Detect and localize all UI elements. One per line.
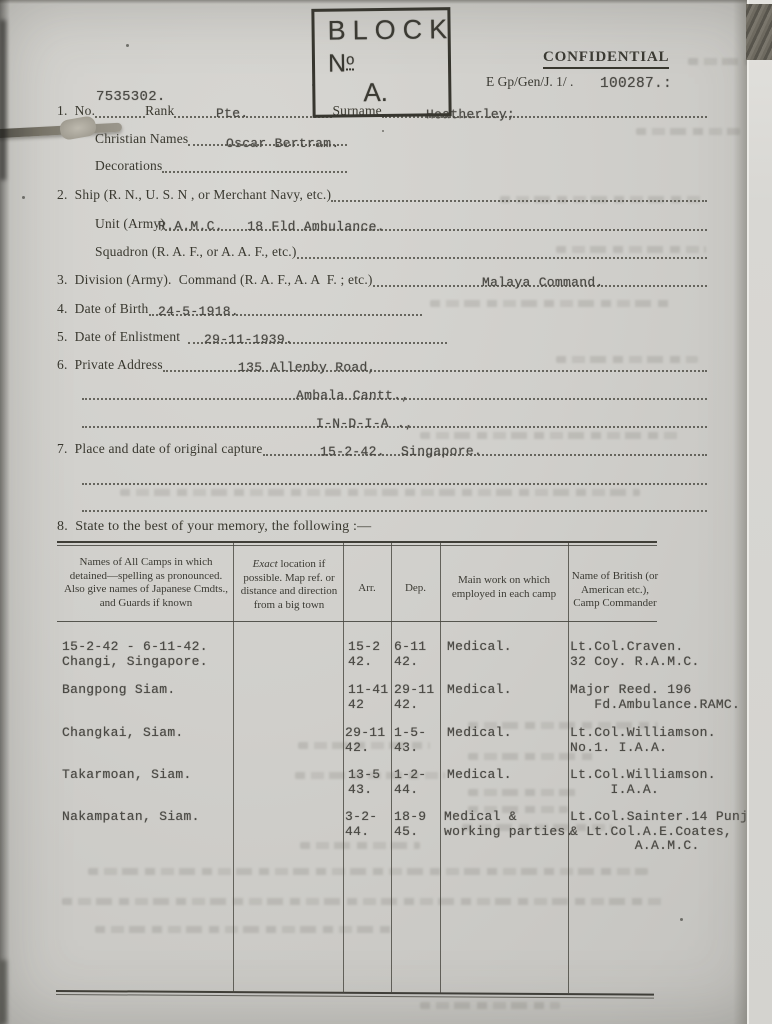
page-edge-shadow (733, 0, 749, 1024)
enlistment-value: 29-11-1939. (204, 332, 293, 347)
form-line-decorations: Decorations (95, 158, 347, 176)
reference-number: 100287.: (600, 76, 672, 92)
form-line-date-of-birth: 4. Date of Birth (57, 301, 422, 319)
top-edge-shadow (0, 0, 772, 4)
left-edge-dark-patch (0, 20, 6, 180)
date-of-birth-value: 24-5-1918. (158, 304, 239, 319)
dotted-leader (331, 200, 707, 202)
arrival-cell: 11-41 42 (348, 683, 389, 712)
bleed-through-artifact (300, 842, 420, 849)
commander-cell: Major Reed. 196 Fd.Ambulance.RAMC. (570, 683, 740, 712)
reference-prefix: E Gp/Gen/J. 1/ . (486, 74, 573, 90)
bleed-through-artifact (95, 926, 395, 933)
form-line-memory: 8. State to the best of your memory, the… (57, 519, 707, 537)
unit-value: R.A.M.C. 18 Fld Ambulance. (158, 219, 385, 235)
bleed-through-artifact (120, 489, 640, 496)
table-top-rule-2 (57, 545, 657, 546)
division-label: 3. Division (Army). Command (R. A. F., A… (57, 272, 373, 290)
form-line-blank-1 (82, 470, 707, 488)
binding-tape-corner (746, 4, 772, 60)
bleed-through-artifact (420, 1002, 560, 1009)
arrival-cell: 15-2 42. (348, 640, 380, 669)
table-column-divider (391, 543, 392, 993)
table-column-divider (440, 543, 441, 993)
enlistment-label: 5. Date of Enlistment (57, 329, 180, 347)
christian-names-value: Oscar Bertram. (226, 136, 339, 151)
camp-cell: Changkai, Siam. (62, 726, 184, 741)
table-column-divider (568, 543, 569, 993)
division-value: Malaya Command. (482, 275, 604, 290)
col-header-main-work: Main work on which employed in each camp (443, 574, 565, 601)
ship-label: 2. Ship (R. N., U. S. N , or Merchant Na… (57, 187, 331, 205)
classification-marking: CONFIDENTIAL (543, 49, 669, 69)
work-cell: Medical. (447, 683, 512, 698)
table-column-divider (343, 543, 344, 993)
col-header-commander: Name of British (or American etc.), Camp… (567, 570, 663, 611)
dotted-leader (95, 116, 145, 118)
decorations-label: Decorations (95, 158, 162, 176)
table-header-rule (57, 621, 657, 622)
form-line-blank-2 (82, 497, 707, 515)
date-of-birth-label: 4. Date of Birth (57, 301, 149, 319)
bleed-through-artifact (468, 789, 580, 796)
left-edge-shadow (0, 0, 10, 1024)
no-label: 1. No. (57, 103, 95, 121)
stamp-no-label: No (328, 49, 355, 78)
work-cell: Medical. (447, 640, 512, 655)
arrival-cell: 13-5 43. (348, 768, 380, 797)
arrival-cell: 29-11 42. (345, 726, 386, 755)
commander-cell: Lt.Col.Craven. 32 Coy. R.A.M.C. (570, 640, 700, 669)
work-cell: Medical & working parties. (444, 810, 574, 839)
capture-label: 7. Place and date of original capture (57, 441, 263, 459)
dotted-leader (82, 483, 707, 485)
commander-cell: Lt.Col.Williamson. I.A.A. (570, 768, 716, 797)
service-number-value: 7535302. (96, 89, 166, 105)
left-corner-dark-patch (0, 960, 7, 1024)
camp-cell: Nakampatan, Siam. (62, 810, 200, 825)
commander-cell: Lt.Col.Sainter.14 Punjab & Lt.Col.A.E.Co… (570, 810, 764, 854)
commander-cell: Lt.Col.Williamson. No.1. I.A.A. (570, 726, 716, 755)
bleed-through-artifact (636, 128, 740, 135)
rank-value: Pte. (216, 106, 248, 121)
address-line3-value: I-N-D-I-A ., (316, 416, 413, 431)
address-line2-value: Ambala Cantt., (296, 388, 409, 403)
departure-cell: 29-11 42. (394, 683, 435, 712)
departure-cell: 6-11 42. (394, 640, 426, 669)
dotted-leader (82, 510, 707, 512)
form-line-division: 3. Division (Army). Command (R. A. F., A… (57, 272, 707, 290)
col-header-departure: Dep. (393, 582, 438, 596)
paper-speck (126, 44, 129, 47)
arrival-cell: 3-2- 44. (345, 810, 377, 839)
col-header-camps: Names of All Camps in which detained—spe… (60, 556, 232, 610)
table-column-divider (233, 543, 234, 993)
address-line1-value: 135 Allenby Road, (238, 360, 376, 375)
form-line-private-address: 6. Private Address (57, 357, 707, 375)
unit-label: Unit (Army) (95, 216, 165, 234)
bleed-through-artifact (688, 58, 754, 65)
memory-label: 8. State to the best of your memory, the… (57, 519, 371, 537)
rank-label: Rank (145, 103, 174, 121)
capture-value: 15-2-42. Singapore. (320, 444, 482, 460)
col-header-arrival: Arr. (345, 582, 389, 596)
dotted-leader (297, 257, 707, 259)
camp-cell: Bangpong Siam. (62, 683, 175, 698)
squadron-label: Squadron (R. A. F., or A. A. F., etc.) (95, 244, 297, 262)
private-address-label: 6. Private Address (57, 357, 163, 375)
bleed-through-artifact (430, 300, 670, 307)
work-cell: Medical. (447, 726, 512, 741)
paper-speck (22, 196, 25, 199)
stamp-block-letter: A. (363, 77, 388, 108)
stamp-block-word: BLOCK (327, 14, 454, 47)
christian-names-label: Christian Names (95, 131, 188, 149)
block-number-stamp: BLOCK No A. (311, 7, 451, 118)
bleed-through-artifact (88, 868, 648, 875)
dotted-leader (174, 116, 332, 118)
col-header-location: Exact location if possible. Map ref. or … (237, 558, 341, 612)
scanned-pow-questionnaire-page: BLOCK No A. CONFIDENTIAL E Gp/Gen/J. 1/ … (0, 0, 772, 1024)
camp-cell: Takarmoan, Siam. (62, 768, 192, 783)
underlying-page-strip (747, 0, 772, 1024)
dotted-leader (162, 171, 347, 173)
departure-cell: 18-9 45. (394, 810, 426, 839)
departure-cell: 1-5- 43. (394, 726, 426, 755)
bleed-through-artifact (62, 898, 662, 905)
table-top-rule (57, 541, 657, 543)
paper-speck (680, 918, 683, 921)
departure-cell: 1-2- 44. (394, 768, 426, 797)
camp-cell: 15-2-42 - 6-11-42. Changi, Singapore. (62, 640, 208, 669)
paper-speck (382, 130, 384, 132)
form-line-ship: 2. Ship (R. N., U. S. N , or Merchant Na… (57, 187, 707, 205)
form-line-squadron: Squadron (R. A. F., or A. A. F., etc.) (95, 244, 707, 262)
bleed-through-artifact (420, 432, 678, 439)
work-cell: Medical. (447, 768, 512, 783)
